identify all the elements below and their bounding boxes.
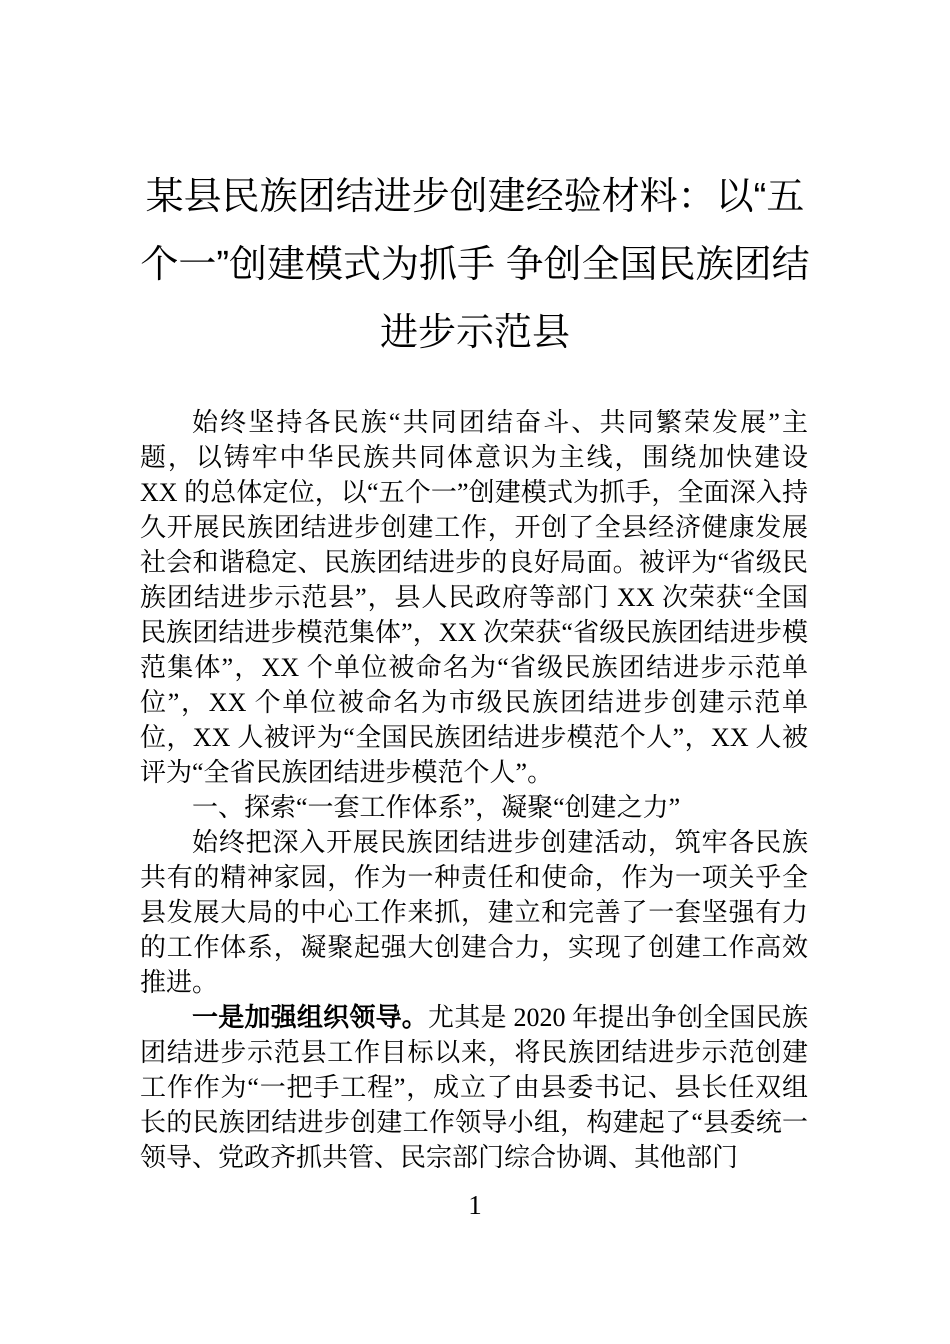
page-number: 1: [0, 1190, 950, 1220]
intro-paragraph: 始终坚持各民族“共同团结奋斗、共同繁荣发展”主题，以铸牢中华民族共同体意识为主线…: [140, 405, 808, 790]
doc-title: 某县民族团结进步创建经验材料：以“五 个一”创建模式为抓手 争创全国民族团结 进…: [110, 0, 840, 367]
document-page: 某县民族团结进步创建经验材料：以“五 个一”创建模式为抓手 争创全国民族团结 进…: [0, 0, 950, 1344]
section-heading: 一、探索“一套工作体系”，凝聚“创建之力”: [140, 790, 808, 825]
point-bold-lead: 一是加强组织领导。: [192, 1003, 428, 1032]
section-body-paragraph: 始终把深入开展民族团结进步创建活动，筑牢各民族共有的精神家园，作为一种责任和使命…: [140, 825, 808, 1000]
doc-title-line-2: 个一”创建模式为抓手 争创全国民族团结: [110, 231, 840, 299]
doc-title-line-1: 某县民族团结进步创建经验材料：以“五: [110, 163, 840, 231]
doc-title-line-3: 进步示范县: [110, 299, 840, 367]
point-paragraph: 一是加强组织领导。尤其是 2020 年提出争创全国民族团结进步示范县工作目标以来…: [140, 1000, 808, 1175]
doc-body: 始终坚持各民族“共同团结奋斗、共同繁荣发展”主题，以铸牢中华民族共同体意识为主线…: [140, 405, 808, 1175]
